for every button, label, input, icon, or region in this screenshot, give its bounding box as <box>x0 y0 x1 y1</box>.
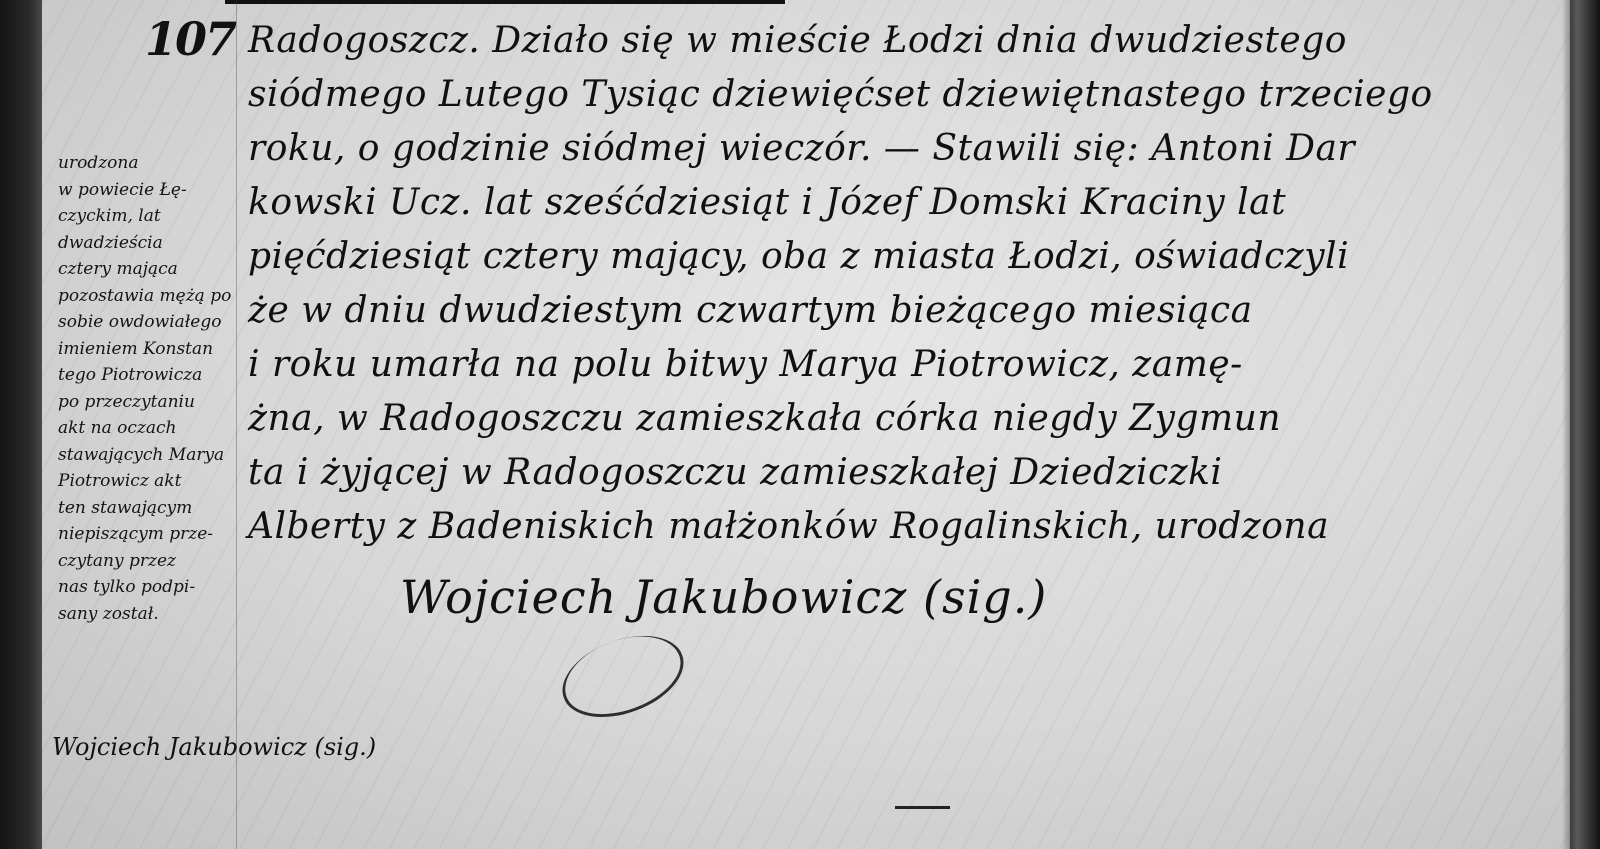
record-line: kowski Ucz. lat sześćdziesiąt i Józef Do… <box>248 176 1578 230</box>
margin-line: sany został. <box>58 601 258 628</box>
margin-line: ten stawającym <box>58 495 258 522</box>
entry-number: 107 <box>145 12 235 66</box>
margin-line: cztery mająca <box>58 256 258 283</box>
margin-line: niepiszącym prze- <box>58 521 258 548</box>
bottom-mark <box>895 806 950 809</box>
record-line: i roku umarła na polu bitwy Marya Piotro… <box>248 338 1578 392</box>
margin-signature: Wojciech Jakubowicz (sig.) <box>52 733 376 761</box>
margin-line: czytany przez <box>58 548 258 575</box>
margin-line: sobie owdowiałego <box>58 309 258 336</box>
record-line: Alberty z Badeniskich małżonków Rogalins… <box>248 500 1578 554</box>
record-line: ta i żyjącej w Radogoszczu zamieszkałej … <box>248 446 1578 500</box>
record-line: Radogoszcz. Działo się w mieście Łodzi d… <box>248 14 1578 68</box>
margin-line: czyckim, lat <box>58 203 258 230</box>
margin-note: urodzona w powiecie Łę- czyckim, lat dwa… <box>58 150 258 627</box>
margin-line: imieniem Konstan <box>58 336 258 363</box>
margin-line: akt na oczach <box>58 415 258 442</box>
margin-line: urodzona <box>58 150 258 177</box>
margin-line: stawających Marya <box>58 442 258 469</box>
margin-line: tego Piotrowicza <box>58 362 258 389</box>
record-line: siódmego Lutego Tysiąc dziewięćset dziew… <box>248 68 1578 122</box>
margin-line: nas tylko podpi- <box>58 574 258 601</box>
record-line: pięćdziesiąt cztery mający, oba z miasta… <box>248 230 1578 284</box>
top-rule <box>225 0 785 4</box>
record-line: żna, w Radogoszczu zamieszkała córka nie… <box>248 392 1578 446</box>
margin-line: w powiecie Łę- <box>58 177 258 204</box>
margin-line: po przeczytaniu <box>58 389 258 416</box>
scan-left-border <box>0 0 42 849</box>
margin-line: dwadzieścia <box>58 230 258 257</box>
margin-line: pozostawia mężą po <box>58 283 258 310</box>
margin-line: Piotrowicz akt <box>58 468 258 495</box>
record-line: roku, o godzinie siódmej wieczór. — Staw… <box>248 122 1578 176</box>
record-line: że w dniu dwudziestym czwartym bieżącego… <box>248 284 1578 338</box>
record-body: Radogoszcz. Działo się w mieście Łodzi d… <box>248 14 1578 554</box>
official-signature: Wojciech Jakubowicz (sig.) <box>400 570 1047 624</box>
